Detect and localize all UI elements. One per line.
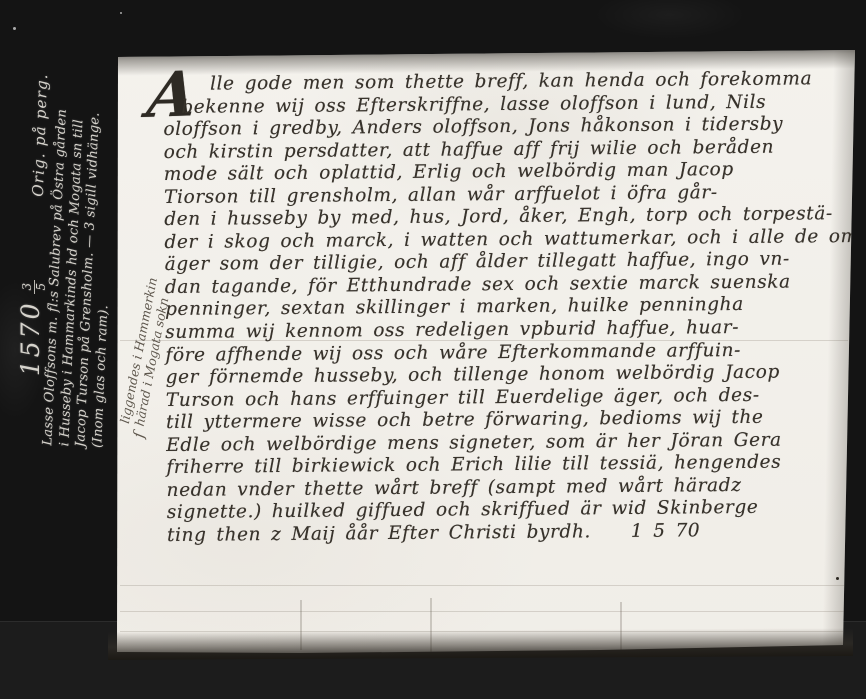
archival-material-note: Orig. på perg. — [28, 60, 53, 211]
margin-annotation-mark: ſ — [131, 431, 147, 439]
date-fraction-numerator: 3 — [21, 280, 35, 294]
date-fraction-denominator: 5 — [35, 283, 48, 291]
paper-bottom-fold — [108, 628, 853, 660]
ink-speck — [836, 577, 839, 580]
manuscript-line: ting then z Maij åår Efter Christi byrdh… — [167, 519, 861, 548]
parchment-document: ſ liggendes i Hammerkin härad i Mogata s… — [0, 0, 866, 699]
date-fraction: 3 5 — [21, 280, 47, 294]
margin-annotation: ſ liggendes i Hammerkin härad i Mogata s… — [111, 283, 173, 439]
background-light-smudge — [560, 0, 780, 50]
fold-line — [120, 585, 848, 586]
fold-line — [120, 611, 848, 612]
dust-speck — [13, 27, 16, 30]
archive-photo-frame: 1570 3 5 Orig. på perg. Lasse Oloffsons … — [0, 0, 866, 699]
manuscript-text: lle gode men som thette breff, kan henda… — [163, 68, 861, 548]
date-year: 1570 — [16, 301, 45, 377]
